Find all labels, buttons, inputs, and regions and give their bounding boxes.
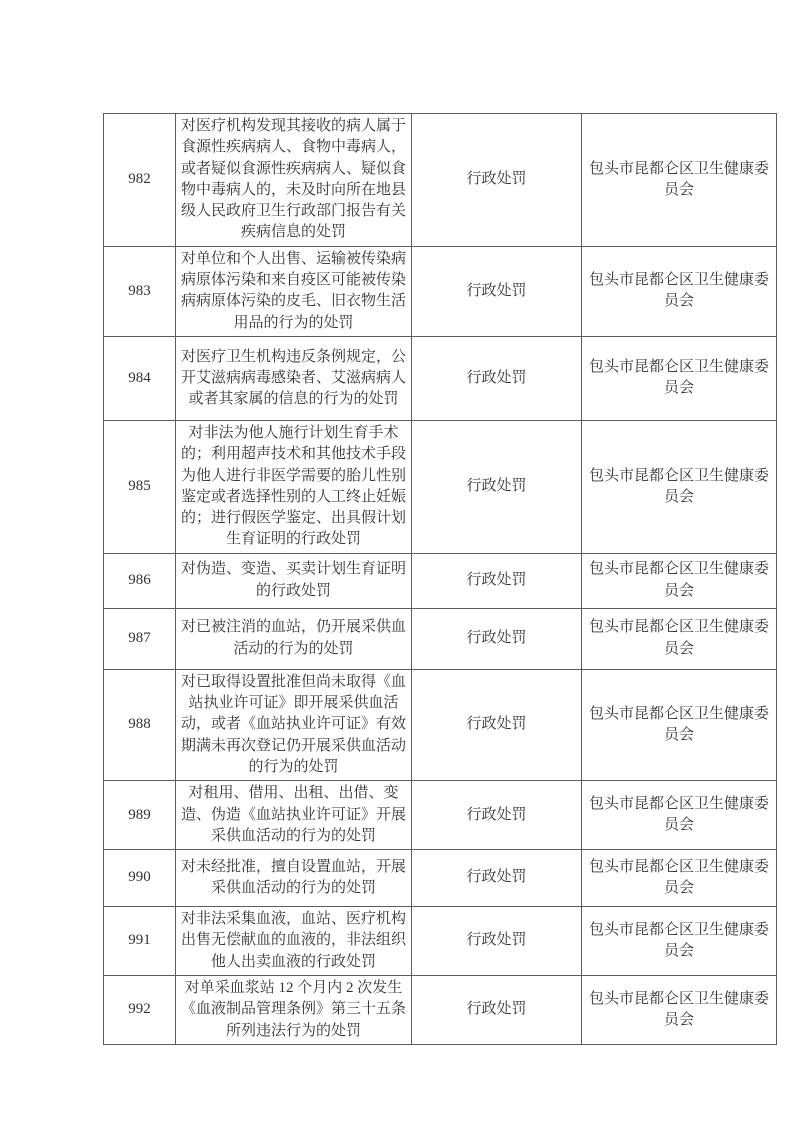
penalty-type-cell: 行政处罚 [412,420,582,553]
table-row: 987 对已被注消的血站，仍开展采供血活动的行为的处罚 行政处罚 包头市昆都仑区… [104,608,777,669]
penalty-matter-cell: 对非法采集血液，血站、医疗机构出售无偿献血的血液的，非法组织他人出卖血液的行政处… [176,907,412,976]
penalty-matter-cell: 对租用、借用、出租、出借、变造、伪造《血站执业许可证》开展采供血活动的行为的处罚 [176,781,412,850]
table-row: 988 对已取得设置批准但尚未取得《血站执业许可证》即开展采供血活动，或者《血站… [104,669,777,780]
row-number-cell: 986 [104,553,176,608]
penalty-matter-cell: 对未经批准，擅自设置血站，开展采供血活动的行为的处罚 [176,850,412,907]
penalty-matter-cell: 对已被注消的血站，仍开展采供血活动的行为的处罚 [176,608,412,669]
row-number-cell: 985 [104,420,176,553]
penalty-type-cell: 行政处罚 [412,608,582,669]
row-number-cell: 983 [104,246,176,336]
authority-cell: 包头市昆都仑区卫生健康委员会 [582,669,777,780]
penalty-type-cell: 行政处罚 [412,850,582,907]
row-number-cell: 991 [104,907,176,976]
penalty-matter-cell: 对已取得设置批准但尚未取得《血站执业许可证》即开展采供血活动，或者《血站执业许可… [176,669,412,780]
document-page: 982 对医疗机构发现其接收的病人属于食源性疾病病人、食物中毒病人，或者疑似食源… [0,0,793,1122]
row-number-cell: 992 [104,976,176,1045]
authority-cell: 包头市昆都仑区卫生健康委员会 [582,781,777,850]
table-row: 985 对非法为他人施行计划生育手术的；利用超声技术和其他技术手段为他人进行非医… [104,420,777,553]
authority-cell: 包头市昆都仑区卫生健康委员会 [582,976,777,1045]
penalty-matter-cell: 对医疗机构发现其接收的病人属于食源性疾病病人、食物中毒病人，或者疑似食源性疾病病… [176,114,412,247]
authority-cell: 包头市昆都仑区卫生健康委员会 [582,246,777,336]
penalty-matter-cell: 对伪造、变造、买卖计划生育证明的行政处罚 [176,553,412,608]
penalty-type-cell: 行政处罚 [412,669,582,780]
penalty-matter-cell: 对非法为他人施行计划生育手术的；利用超声技术和其他技术手段为他人进行非医学需要的… [176,420,412,553]
table-row: 984 对医疗卫生机构违反条例规定，公开艾滋病病毒感染者、艾滋病病人或者其家属的… [104,336,777,420]
penalty-type-cell: 行政处罚 [412,336,582,420]
penalty-table: 982 对医疗机构发现其接收的病人属于食源性疾病病人、食物中毒病人，或者疑似食源… [103,113,777,1045]
row-number-cell: 988 [104,669,176,780]
authority-cell: 包头市昆都仑区卫生健康委员会 [582,336,777,420]
authority-cell: 包头市昆都仑区卫生健康委员会 [582,114,777,247]
authority-cell: 包头市昆都仑区卫生健康委员会 [582,553,777,608]
authority-cell: 包头市昆都仑区卫生健康委员会 [582,850,777,907]
authority-cell: 包头市昆都仑区卫生健康委员会 [582,907,777,976]
penalty-type-cell: 行政处罚 [412,246,582,336]
table-row: 982 对医疗机构发现其接收的病人属于食源性疾病病人、食物中毒病人，或者疑似食源… [104,114,777,247]
row-number-cell: 989 [104,781,176,850]
penalty-type-cell: 行政处罚 [412,553,582,608]
authority-cell: 包头市昆都仑区卫生健康委员会 [582,420,777,553]
table-row: 992 对单采血浆站 12 个月内 2 次发生《血液制品管理条例》第三十五条所列… [104,976,777,1045]
penalty-type-cell: 行政处罚 [412,907,582,976]
penalty-matter-cell: 对单位和个人出售、运输被传染病病原体污染和来自疫区可能被传染病病原体污染的皮毛、… [176,246,412,336]
row-number-cell: 987 [104,608,176,669]
penalty-matter-cell: 对单采血浆站 12 个月内 2 次发生《血液制品管理条例》第三十五条所列违法行为… [176,976,412,1045]
authority-cell: 包头市昆都仑区卫生健康委员会 [582,608,777,669]
row-number-cell: 990 [104,850,176,907]
table-row: 986 对伪造、变造、买卖计划生育证明的行政处罚 行政处罚 包头市昆都仑区卫生健… [104,553,777,608]
penalty-type-cell: 行政处罚 [412,976,582,1045]
penalty-matter-cell: 对医疗卫生机构违反条例规定，公开艾滋病病毒感染者、艾滋病病人或者其家属的信息的行… [176,336,412,420]
penalty-type-cell: 行政处罚 [412,114,582,247]
table-row: 990 对未经批准，擅自设置血站，开展采供血活动的行为的处罚 行政处罚 包头市昆… [104,850,777,907]
table-row: 983 对单位和个人出售、运输被传染病病原体污染和来自疫区可能被传染病病原体污染… [104,246,777,336]
table-row: 991 对非法采集血液，血站、医疗机构出售无偿献血的血液的，非法组织他人出卖血液… [104,907,777,976]
row-number-cell: 984 [104,336,176,420]
table-row: 989 对租用、借用、出租、出借、变造、伪造《血站执业许可证》开展采供血活动的行… [104,781,777,850]
penalty-type-cell: 行政处罚 [412,781,582,850]
row-number-cell: 982 [104,114,176,247]
